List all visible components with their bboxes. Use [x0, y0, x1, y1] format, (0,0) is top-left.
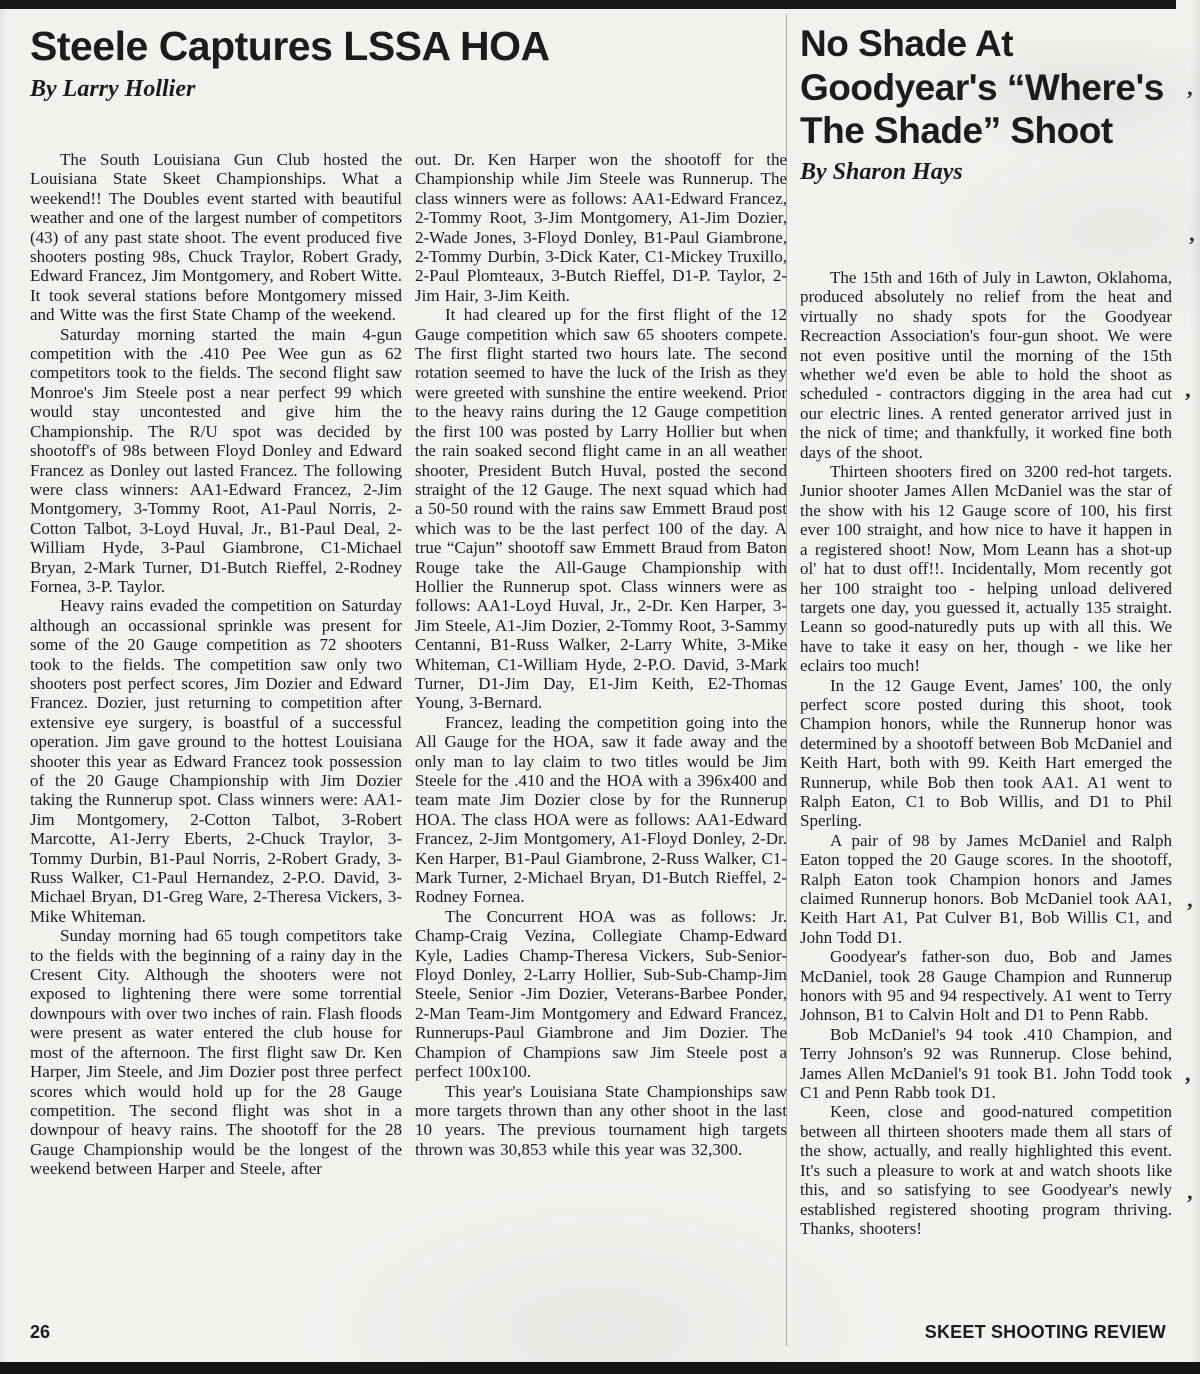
scan-speck: ’: [1188, 232, 1195, 258]
paragraph: It had cleared up for the first flight o…: [415, 305, 787, 713]
page-footer: 26 SKEET SHOOTING REVIEW: [30, 1322, 1166, 1344]
scan-speck: ’: [1186, 86, 1193, 112]
paragraph: Heavy rains evaded the competition on Sa…: [30, 596, 402, 926]
paragraph: The 15th and 16th of July in Lawton, Okl…: [800, 268, 1172, 462]
paragraph: Francez, leading the competition going i…: [415, 713, 787, 907]
bottom-scan-bar: [0, 1362, 1200, 1374]
magazine-name: SKEET SHOOTING REVIEW: [925, 1322, 1166, 1343]
right-article-header: No Shade At Goodyear's “Where's The Shad…: [800, 22, 1172, 186]
left-article-byline: By Larry Hollier: [30, 76, 775, 103]
paragraph: Goodyear's father-son duo, Bob and James…: [800, 947, 1172, 1025]
left-article-column-2: out. Dr. Ken Harper won the shootoff for…: [415, 150, 787, 1159]
page-number: 26: [30, 1322, 50, 1343]
right-article-byline: By Sharon Hays: [800, 159, 1172, 186]
paragraph: Thirteen shooters fired on 3200 red-hot …: [800, 462, 1172, 675]
paragraph: The South Louisiana Gun Club hosted the …: [30, 150, 402, 325]
paragraph: Saturday morning started the main 4-gun …: [30, 325, 402, 597]
scan-speck: ’: [1186, 1190, 1193, 1216]
right-article-column: The 15th and 16th of July in Lawton, Okl…: [800, 268, 1172, 1238]
paragraph: Bob McDaniel's 94 took .410 Champion, an…: [800, 1025, 1172, 1103]
paragraph: out. Dr. Ken Harper won the shootoff for…: [415, 150, 787, 305]
scan-speck: ’: [1186, 898, 1193, 924]
paragraph: Sunday morning had 65 tough competitors …: [30, 926, 402, 1178]
paragraph: The Concurrent HOA was as follows: Jr. C…: [415, 907, 787, 1082]
paragraph: A pair of 98 by James McDaniel and Ralph…: [800, 831, 1172, 947]
left-article-title: Steele Captures LSSA HOA: [30, 22, 775, 70]
paragraph: This year's Louisiana State Championship…: [415, 1082, 787, 1160]
top-scan-bar: [0, 0, 1176, 9]
magazine-page: Steele Captures LSSA HOA By Larry Hollie…: [0, 0, 1200, 1374]
left-article-column-1: The South Louisiana Gun Club hosted the …: [30, 150, 402, 1179]
paragraph: In the 12 Gauge Event, James' 100, the o…: [800, 676, 1172, 831]
right-article-title: No Shade At Goodyear's “Where's The Shad…: [800, 22, 1172, 153]
left-article-header: Steele Captures LSSA HOA By Larry Hollie…: [30, 22, 775, 103]
scan-speck: ’: [1184, 1072, 1191, 1098]
paragraph: Keen, close and good-natured competition…: [800, 1102, 1172, 1238]
scan-speck: ’: [1184, 388, 1191, 414]
column-divider-rule: [786, 14, 787, 1346]
